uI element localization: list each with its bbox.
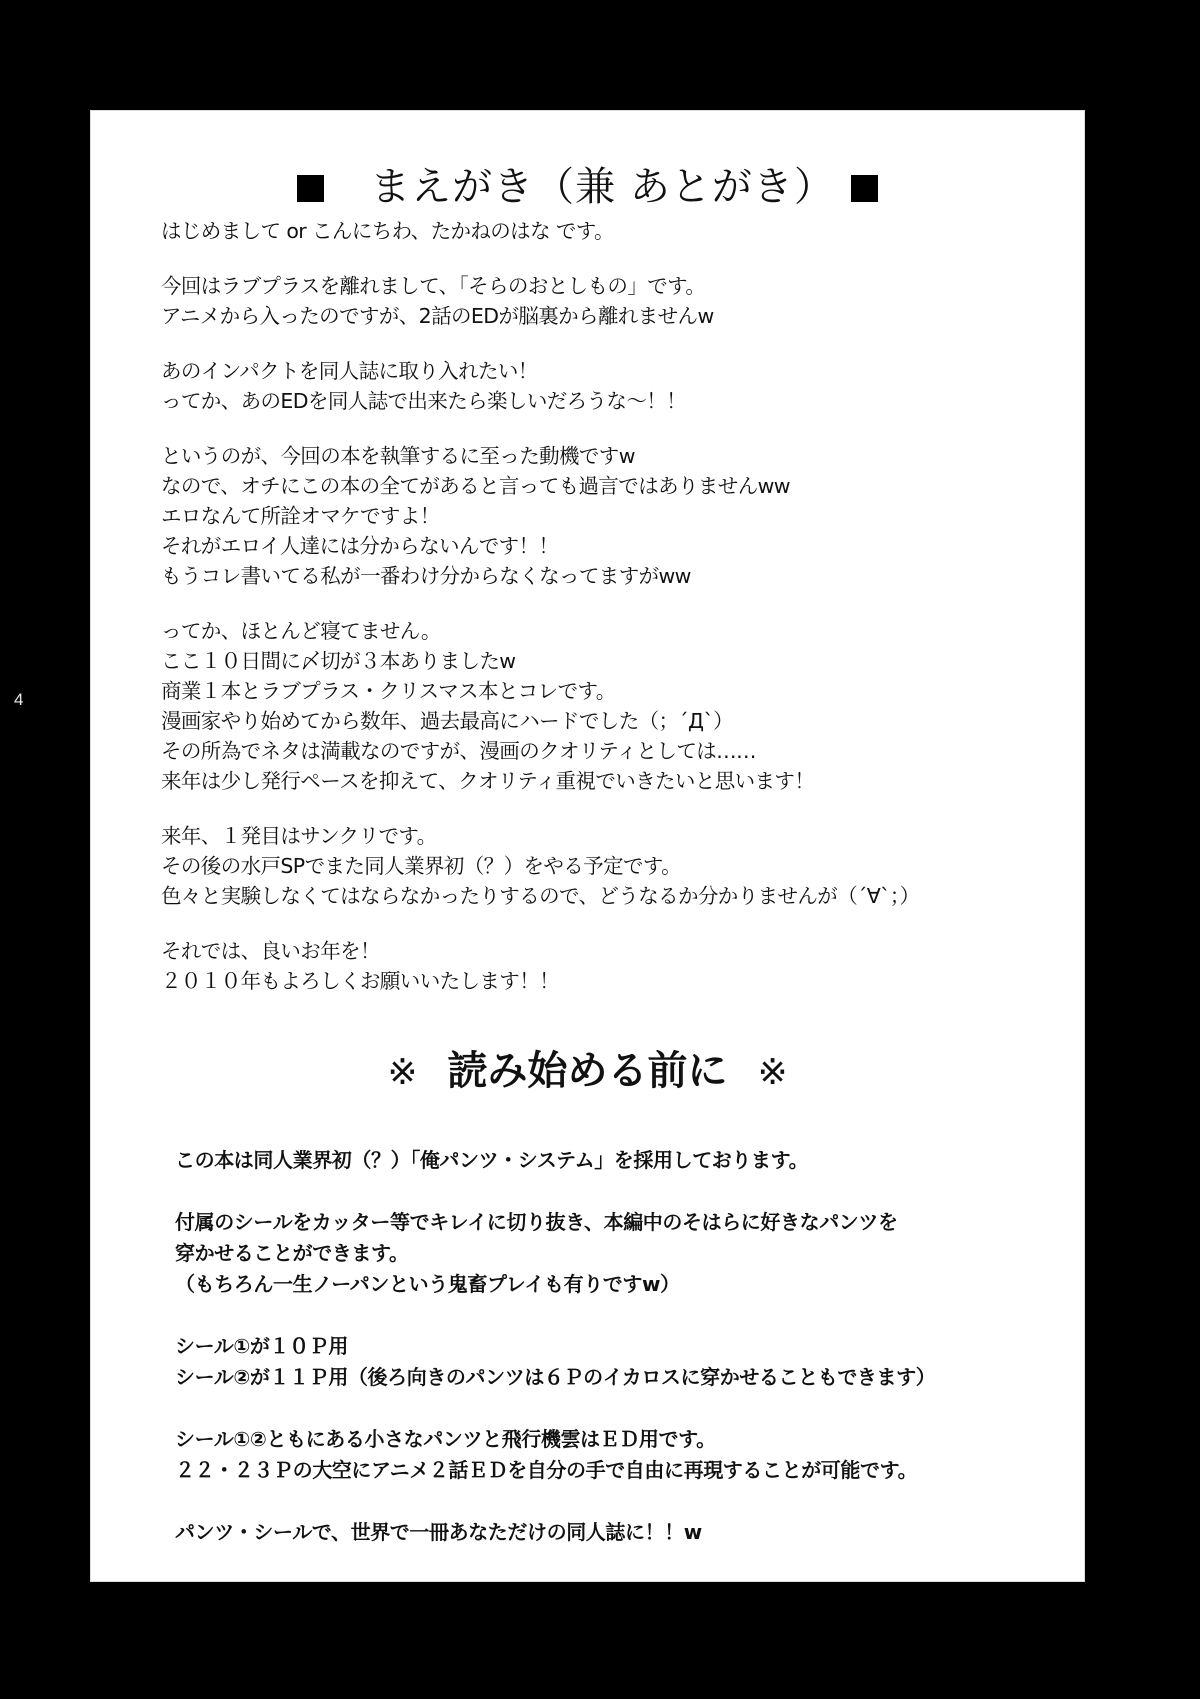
document-page: まえがき（兼 あとがき） はじめまして or こんにちわ、たかねのはな です。 … [90, 110, 1085, 1582]
paragraph: あのインパクトを同人誌に取り入れたい！ ってか、あのEDを同人誌で出来たら楽しい… [161, 356, 1061, 416]
text-line: ってか、ほとんど寝てません。 [161, 616, 1061, 646]
maegaki-body: はじめまして or こんにちわ、たかねのはな です。 今回はラブプラスを離れまし… [161, 216, 1061, 1021]
black-square-icon [297, 175, 324, 202]
page-number: 4 [14, 690, 23, 710]
text-line: ここ１０日間に〆切が３本ありましたw [161, 646, 1061, 676]
text-line: ２０１０年もよろしくお願いいたします！！ [161, 966, 1061, 996]
text-line: パンツ・シールで、世界で一冊あなただけの同人誌に！！w [175, 1517, 1075, 1548]
paragraph: 今回はラブプラスを離れまして、「そらのおとしもの」です。 アニメから入ったのです… [161, 271, 1061, 331]
text-line: なので、オチにこの本の全てがあると言っても過言ではありませんww [161, 471, 1061, 501]
text-line: ってか、あのEDを同人誌で出来たら楽しいだろうな～！！ [161, 386, 1061, 416]
section-title-before-reading: ※読み始める前に※ [91, 1043, 1084, 1101]
text-line: シール②が１１Ｐ用（後ろ向きのパンツは６Ｐのイカロスに穿かせることもできます） [175, 1362, 1075, 1393]
text-line: 付属のシールをカッター等でキレイに切り抜き、本編中のそはらに好きなパンツを [175, 1207, 1075, 1238]
paragraph: 来年、１発目はサンクリです。 その後の水戸SPでまた同人業界初（？）をやる予定で… [161, 821, 1061, 911]
heading-text: 読み始める前に [448, 1048, 728, 1094]
text-line: その後の水戸SPでまた同人業界初（？）をやる予定です。 [161, 851, 1061, 881]
black-square-icon [851, 175, 878, 202]
text-line: この本は同人業界初（？）「俺パンツ・システム」を採用しております。 [175, 1145, 1075, 1176]
paragraph: ってか、ほとんど寝てません。 ここ１０日間に〆切が３本ありましたw 商業１本とラ… [161, 616, 1061, 796]
reference-mark-icon: ※ [758, 1052, 788, 1093]
text-line: 来年、１発目はサンクリです。 [161, 821, 1061, 851]
text-line: シール①②ともにある小さなパンツと飛行機雲はＥＤ用です。 [175, 1424, 1075, 1455]
reference-mark-icon: ※ [387, 1052, 417, 1093]
text-line: 来年は少し発行ペースを抑えて、クオリティ重視でいきたいと思います！ [161, 766, 1061, 796]
section-title-maegaki: まえがき（兼 あとがき） [91, 159, 1084, 215]
text-line: はじめまして or こんにちわ、たかねのはな です。 [161, 216, 1061, 246]
text-line: 色々と実験しなくてはならなかったりするので、どうなるか分かりませんが（´∀`；） [161, 881, 1061, 911]
paragraph: この本は同人業界初（？）「俺パンツ・システム」を採用しております。 [175, 1145, 1075, 1176]
title-text: まえがき（兼 あとがき） [370, 164, 835, 210]
paragraph: というのが、今回の本を執筆するに至った動機ですw なので、オチにこの本の全てがあ… [161, 441, 1061, 591]
text-line: エロなんて所詮オマケですよ！ [161, 501, 1061, 531]
text-line: 商業１本とラブプラス・クリスマス本とコレです。 [161, 676, 1061, 706]
text-line: それでは、良いお年を！ [161, 936, 1061, 966]
text-line: もうコレ書いてる私が一番わけ分からなくなってますがww [161, 561, 1061, 591]
text-line: あのインパクトを同人誌に取り入れたい！ [161, 356, 1061, 386]
text-line: ２２・２３Ｐの大空にアニメ２話ＥＤを自分の手で自由に再現することが可能です。 [175, 1455, 1075, 1486]
paragraph: シール①が１０Ｐ用 シール②が１１Ｐ用（後ろ向きのパンツは６Ｐのイカロスに穿かせ… [175, 1331, 1075, 1393]
paragraph: パンツ・シールで、世界で一冊あなただけの同人誌に！！w [175, 1517, 1075, 1548]
text-line: （もちろん一生ノーパンという鬼畜プレイも有りですw） [175, 1269, 1075, 1300]
text-line: それがエロイ人達には分からないんです！！ [161, 531, 1061, 561]
paragraph: はじめまして or こんにちわ、たかねのはな です。 [161, 216, 1061, 246]
text-line: その所為でネタは満載なのですが、漫画のクオリティとしては…… [161, 736, 1061, 766]
text-line: というのが、今回の本を執筆するに至った動機ですw [161, 441, 1061, 471]
paragraph: 付属のシールをカッター等でキレイに切り抜き、本編中のそはらに好きなパンツを 穿か… [175, 1207, 1075, 1300]
text-line: シール①が１０Ｐ用 [175, 1331, 1075, 1362]
before-reading-body: この本は同人業界初（？）「俺パンツ・システム」を採用しております。 付属のシール… [175, 1145, 1075, 1579]
paragraph: シール①②ともにある小さなパンツと飛行機雲はＥＤ用です。 ２２・２３Ｐの大空にア… [175, 1424, 1075, 1486]
text-line: 漫画家やり始めてから数年、過去最高にハードでした（；´Д`） [161, 706, 1061, 736]
paragraph: それでは、良いお年を！ ２０１０年もよろしくお願いいたします！！ [161, 936, 1061, 996]
text-line: 穿かせることができます。 [175, 1238, 1075, 1269]
text-line: 今回はラブプラスを離れまして、「そらのおとしもの」です。 [161, 271, 1061, 301]
text-line: アニメから入ったのですが、2話のEDが脳裏から離れませんw [161, 301, 1061, 331]
